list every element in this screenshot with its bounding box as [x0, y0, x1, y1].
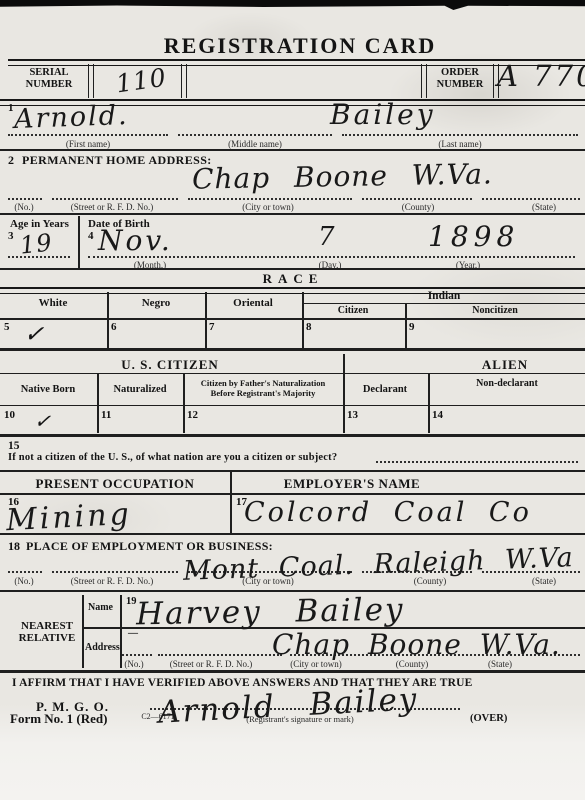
serial-label-line2: NUMBER — [14, 79, 84, 91]
race-col-divider — [205, 292, 207, 348]
home-address-line — [188, 198, 352, 200]
alien-title: ALIEN — [482, 357, 528, 373]
race-indian-citizen-header: Citizen — [338, 305, 369, 316]
field-number-9: 9 — [409, 321, 415, 333]
occupation-value: Mining — [5, 497, 132, 539]
dob-year-value: 1898 — [428, 220, 519, 253]
relative-address-line — [122, 654, 152, 656]
card-title: REGISTRATION CARD — [164, 33, 437, 59]
native-born-checkmark: ✓ — [32, 408, 56, 433]
field-number-12: 12 — [187, 409, 198, 421]
field-number-8: 8 — [306, 321, 312, 333]
nation-question-text: If not a citizen of the U. S., of what n… — [8, 452, 337, 463]
occupation-heading: PRESENT OCCUPATION — [36, 476, 195, 492]
relative-address-value: Chap Boone W.Va. — [272, 628, 561, 661]
race-white-header: White — [39, 297, 68, 309]
relative-divider — [82, 595, 84, 668]
field-number-5: 5 — [4, 321, 10, 333]
declarant-header: Declarant — [363, 384, 407, 395]
home-address-line — [362, 198, 472, 200]
middle-name-line — [178, 134, 332, 136]
field-number-14: 14 — [432, 409, 443, 421]
field-number-6: 6 — [111, 321, 117, 333]
last-name-value: Bailey — [330, 98, 436, 131]
race-col-divider — [107, 292, 109, 348]
field-number-7: 7 — [209, 321, 215, 333]
rule — [0, 670, 585, 673]
occupation-employer-divider — [230, 470, 232, 533]
race-indian-noncitizen-header: Noncitizen — [472, 305, 518, 316]
employment-street-caption: (Street or R. F. D. No.) — [71, 576, 154, 586]
citizen-col-divider — [97, 373, 99, 433]
home-address-line — [8, 198, 42, 200]
field-number-11: 11 — [101, 409, 111, 421]
home-county-caption: (County) — [402, 202, 435, 212]
home-state-caption: (State) — [532, 202, 556, 212]
relative-label-divider — [120, 595, 122, 668]
us-citizen-title: U. S. CITIZEN — [121, 357, 219, 373]
home-address-value: Chap Boone W.Va. — [192, 157, 493, 195]
field-number-15: 15 — [8, 440, 20, 452]
citizen-col-divider — [428, 373, 430, 433]
rule — [0, 149, 585, 151]
race-col-divider — [302, 292, 304, 348]
employment-no-caption: (No.) — [14, 576, 33, 586]
citizen-col-divider — [183, 373, 185, 433]
first-name-caption: (First name) — [66, 139, 110, 149]
last-name-caption: (Last name) — [438, 139, 481, 149]
nation-question-line — [376, 461, 578, 463]
rule — [0, 373, 585, 374]
employer-value: Colcord Coal Co — [244, 497, 532, 528]
order-box-left-divider — [421, 64, 427, 98]
field-number-10: 10 — [4, 409, 15, 421]
employment-state-caption: (State) — [532, 576, 556, 586]
relative-name-label: Name — [88, 602, 113, 613]
form-number-line: Form No. 1 (Red) — [10, 711, 107, 727]
employment-line — [8, 571, 42, 573]
rule — [0, 590, 585, 592]
employment-line — [52, 571, 178, 573]
dob-month-value: Nov. — [98, 224, 173, 257]
rule — [0, 287, 585, 294]
father-naturalization-header: Citizen by Father's Naturalization Befor… — [188, 378, 338, 398]
first-name-value: Arnold. — [13, 100, 129, 135]
registration-card-scan: REGISTRATION CARD SERIAL NUMBER 110 ORDE… — [0, 0, 585, 800]
home-street-caption: (Street or R. F. D. No.) — [71, 202, 154, 212]
race-col-divider — [405, 303, 407, 348]
age-heading: Age in Years — [10, 218, 69, 230]
age-value: 19 — [19, 228, 54, 259]
naturalized-header: Naturalized — [113, 384, 166, 395]
nearest-relative-line1: NEAREST — [14, 620, 80, 632]
relative-address-label: Address — [85, 642, 120, 653]
employer-heading: EMPLOYER'S NAME — [284, 476, 420, 492]
torn-photo-edge — [0, 0, 585, 10]
rule — [0, 348, 585, 351]
order-number-label: ORDER NUMBER — [428, 67, 492, 91]
home-city-caption: (City or town) — [242, 202, 294, 212]
dob-day-value: 7 — [318, 222, 336, 252]
native-born-header: Native Born — [21, 384, 76, 395]
citizen-alien-divider — [343, 354, 345, 433]
field-number-13: 13 — [347, 409, 358, 421]
nearest-relative-line2: RELATIVE — [14, 632, 80, 644]
serial-number-value: 110 — [114, 63, 168, 99]
field-number-3: 3 — [8, 230, 14, 242]
serial-number-label: SERIAL NUMBER — [14, 67, 84, 91]
serial-box-divider — [88, 64, 94, 98]
relative-street-caption: (Street or R. F. D. No.) — [170, 659, 253, 669]
rule — [0, 434, 585, 437]
race-negro-header: Negro — [142, 297, 171, 309]
rule — [0, 213, 585, 215]
order-label-line2: NUMBER — [428, 79, 492, 91]
home-address-line — [52, 198, 178, 200]
race-white-checkmark: ✓ — [22, 319, 51, 348]
rule — [302, 303, 585, 304]
home-address-heading: PERMANENT HOME ADDRESS: — [22, 153, 212, 168]
field-number-2: 2 — [8, 153, 14, 168]
last-name-line — [342, 134, 578, 136]
rule — [0, 470, 585, 472]
age-dob-divider — [78, 216, 80, 268]
order-label-line1: ORDER — [428, 67, 492, 79]
order-number-value: A 770 — [497, 59, 585, 93]
home-no-caption: (No.) — [14, 202, 33, 212]
relative-address-line — [158, 654, 282, 656]
rule — [0, 493, 585, 495]
non-declarant-header: Non-declarant — [474, 378, 540, 390]
employment-heading: PLACE OF EMPLOYMENT OR BUSINESS: — [26, 539, 273, 554]
race-oriental-header: Oriental — [233, 297, 273, 309]
rule — [0, 268, 585, 270]
race-title: RACE — [263, 271, 324, 287]
serial-label-line1: SERIAL — [14, 67, 84, 79]
field-number-4: 4 — [88, 230, 94, 242]
rule — [0, 318, 585, 320]
rule — [0, 405, 585, 406]
over-label: (OVER) — [470, 713, 507, 724]
relative-no-caption: (No.) — [124, 659, 143, 669]
home-address-line — [482, 198, 580, 200]
field-number-18: 18 — [8, 539, 20, 554]
serial-value-divider — [181, 64, 187, 98]
middle-name-caption: (Middle name) — [228, 139, 282, 149]
race-indian-header: Indian — [428, 290, 461, 302]
nearest-relative-heading: NEAREST RELATIVE — [14, 620, 80, 644]
relative-name-value: Harvey Bailey — [136, 592, 405, 633]
